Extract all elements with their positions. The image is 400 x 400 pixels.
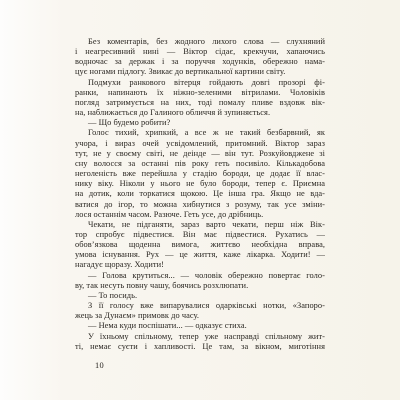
text-line: лося останнім часом. Разюче. Геть усе, д… bbox=[75, 210, 325, 220]
book-page: Без коментарів, без жодного лихого слова… bbox=[0, 0, 400, 400]
text-line: умова існування. Рух — це життя, каже лі… bbox=[75, 250, 325, 260]
text-line: — Нема куди поспішати... — одказує стиха… bbox=[75, 321, 325, 331]
text-line: жець за Дунаєм» примовк до часу. bbox=[75, 311, 325, 321]
text-line: ватися до ігор, то можна хибнутися з роз… bbox=[75, 200, 325, 210]
text-line: цує ногами підлогу. Звикає до вертикальн… bbox=[75, 67, 325, 77]
text-line: З її голосу вже випарувалися одарківські… bbox=[75, 301, 325, 311]
text-line: — Голова крутиться... — чоловік обережно… bbox=[75, 271, 325, 281]
text-line: обов’язкова щоденна вимога, життєво необ… bbox=[75, 240, 325, 250]
text-line: на дотик, коли торкатися щокою. Це інша … bbox=[75, 189, 325, 199]
text-line: тут, не у своєму світі, не деінде — він … bbox=[75, 149, 325, 159]
text-line: сну волосся за останні пів року геть пос… bbox=[75, 159, 325, 169]
text-line: учора, і вираз очей усвідомлений, притом… bbox=[75, 139, 325, 149]
text-line: ті, немає суєти і хапливості. Це там, за… bbox=[75, 342, 325, 352]
text-line: — То посидь. bbox=[75, 291, 325, 301]
text-block: Без коментарів, без жодного лихого слова… bbox=[75, 37, 325, 352]
text-line: неголеність вже перейшла у стадію бороди… bbox=[75, 169, 325, 179]
text-line: ву, так несуть повну чашу, боячись розхл… bbox=[75, 281, 325, 291]
text-line: нику віку. Ніколи у нього не було бороди… bbox=[75, 179, 325, 189]
text-line: — Що будемо робити? bbox=[75, 118, 325, 128]
text-line: нагадує щоразу. Ходити! bbox=[75, 260, 325, 270]
text-line: тор спробує підвестися. Він має підвести… bbox=[75, 230, 325, 240]
text-line: водночас за держак і за поруччя ходунків… bbox=[75, 57, 325, 67]
text-line: Голос тихий, хрипкий, а все ж не такий б… bbox=[75, 128, 325, 138]
text-line: Чекати, не підганяти, зараз варто чекати… bbox=[75, 220, 325, 230]
text-line: У їхньому спільному, тепер уже насправді… bbox=[75, 332, 325, 342]
text-line: і неагресивний нині — Віктор сідає, крек… bbox=[75, 47, 325, 57]
text-line: на, наближається до Галиного обличчя й з… bbox=[75, 108, 325, 118]
page-number: 10 bbox=[95, 361, 104, 371]
text-line: погляд затримується на них, тоді помалу … bbox=[75, 98, 325, 108]
text-line: ранки, напинають їх ніжно-зеленими вітри… bbox=[75, 88, 325, 98]
text-line: Подмухи ранкового вітерця гойдають довгі… bbox=[75, 78, 325, 88]
text-line: Без коментарів, без жодного лихого слова… bbox=[75, 37, 325, 47]
